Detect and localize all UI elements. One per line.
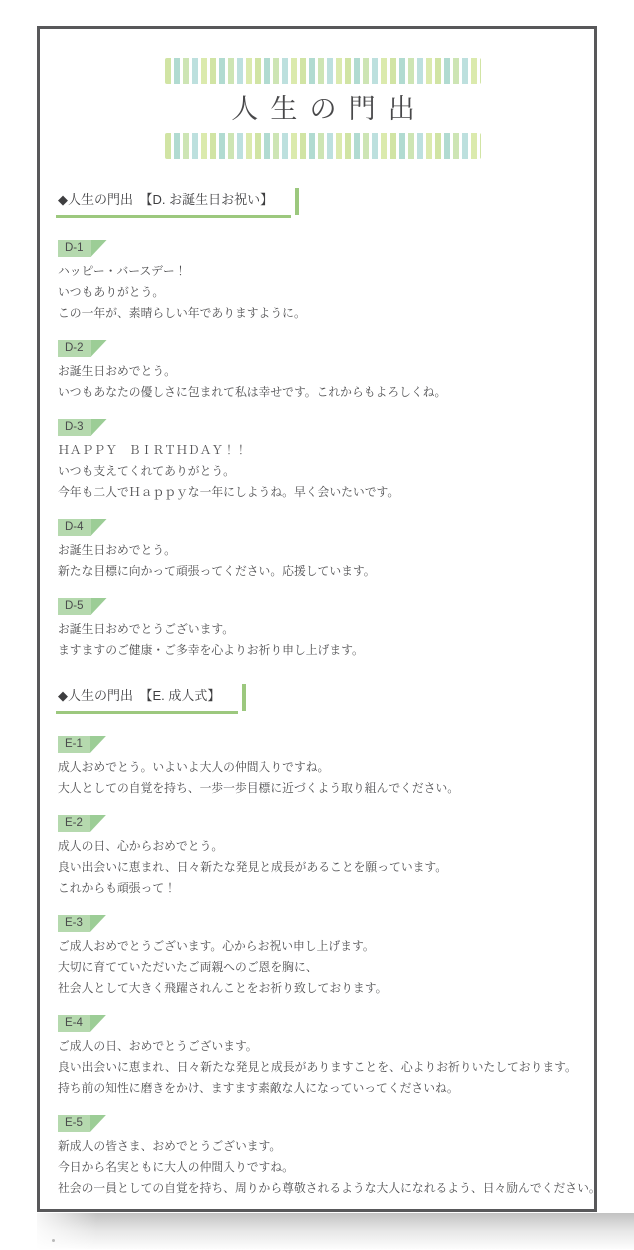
message-item-D-4: D-4お誕生日おめでとう。新たな目標に向かって頑張ってください。応援しています。	[56, 517, 590, 582]
message-line: 大人としての自覚を持ち、一歩一歩目標に近づくよう取り組んでください。	[58, 778, 590, 799]
message-text: ご成人おめでとうございます。心からお祝い申し上げます。大切に育てていただいたご両…	[58, 936, 590, 999]
message-line: ＨＡＰＰＹ ＢＩＲＴＨＤＡＹ！！	[58, 440, 590, 461]
section-heading-E: ◆人生の門出 【E. 成人式】	[56, 687, 238, 714]
item-tag-ribbon: D-5	[58, 598, 91, 615]
message-line: 今日から名実ともに大人の仲間入りですね。	[58, 1157, 590, 1178]
message-line: いつもありがとう。	[58, 282, 590, 303]
message-text: ＨＡＰＰＹ ＢＩＲＴＨＤＡＹ！！いつも支えてくれてありがとう。今年も二人でＨａｐ…	[58, 440, 590, 503]
message-item-E-5: E-5新成人の皆さま、おめでとうございます。今日から名実ともに大人の仲間入りです…	[56, 1113, 590, 1199]
message-line: 社会の一員としての自覚を持ち、周りから尊敬されるような大人になれるよう、日々励ん…	[58, 1178, 590, 1199]
message-line: いつもあなたの優しさに包まれて私は幸せです。これからもよろしくね。	[58, 382, 590, 403]
message-line: お誕生日おめでとう。	[58, 540, 590, 561]
message-text: お誕生日おめでとうございます。ますますのご健康・ご多幸を心よりお祈り申し上げます…	[58, 619, 590, 661]
message-line: 社会人として大きく飛躍されんことをお祈り致しております。	[58, 978, 590, 999]
message-line: 成人の日、心からおめでとう。	[58, 836, 590, 857]
message-line: 大切に育てていただいたご両親へのご恩を胸に、	[58, 957, 590, 978]
message-line: 良い出会いに恵まれ、日々新たな発見と成長があることを願っています。	[58, 857, 590, 878]
message-text: ハッピー・バースデー！いつもありがとう。この一年が、素晴らしい年でありますように…	[58, 261, 590, 324]
message-text: 成人の日、心からおめでとう。良い出会いに恵まれ、日々新たな発見と成長があることを…	[58, 836, 590, 899]
document-canvas: 人生の門出 ◆人生の門出 【D. お誕生日お祝い】D-1ハッピー・バースデー！い…	[0, 0, 634, 1250]
message-item-E-2: E-2成人の日、心からおめでとう。良い出会いに恵まれ、日々新たな発見と成長がある…	[56, 813, 590, 899]
message-item-E-1: E-1成人おめでとう。いよいよ大人の仲間入りですね。大人としての自覚を持ち、一歩…	[56, 734, 590, 799]
message-item-E-3: E-3ご成人おめでとうございます。心からお祝い申し上げます。大切に育てていただい…	[56, 913, 590, 999]
scan-dot-artifact	[52, 1239, 55, 1242]
message-text: 新成人の皆さま、おめでとうございます。今日から名実ともに大人の仲間入りですね。社…	[58, 1136, 590, 1199]
message-line: 持ち前の知性に磨きをかけ、ますます素敵な人になっていってくださいね。	[58, 1078, 590, 1099]
page-title: 人生の門出	[56, 92, 590, 126]
watercolor-banner-top	[165, 58, 481, 84]
message-line: お誕生日おめでとう。	[58, 361, 590, 382]
document-page: 人生の門出 ◆人生の門出 【D. お誕生日お祝い】D-1ハッピー・バースデー！い…	[37, 26, 597, 1212]
message-line: 今年も二人でＨａｐｐｙな一年にしようね。早く会いたいです。	[58, 482, 590, 503]
message-text: お誕生日おめでとう。新たな目標に向かって頑張ってください。応援しています。	[58, 540, 590, 582]
message-line: 成人おめでとう。いよいよ大人の仲間入りですね。	[58, 757, 590, 778]
section-heading-D: ◆人生の門出 【D. お誕生日お祝い】	[56, 191, 291, 218]
message-line: ご成人おめでとうございます。心からお祝い申し上げます。	[58, 936, 590, 957]
message-line: ハッピー・バースデー！	[58, 261, 590, 282]
message-item-D-5: D-5お誕生日おめでとうございます。ますますのご健康・ご多幸を心よりお祈り申し上…	[56, 596, 590, 661]
message-text: ご成人の日、おめでとうございます。良い出会いに恵まれ、日々新たな発見と成長があり…	[58, 1036, 590, 1099]
message-item-D-2: D-2お誕生日おめでとう。いつもあなたの優しさに包まれて私は幸せです。これからも…	[56, 338, 590, 403]
watercolor-banner-bottom	[165, 133, 481, 159]
sections-container: ◆人生の門出 【D. お誕生日お祝い】D-1ハッピー・バースデー！いつもありがと…	[56, 191, 590, 1199]
item-tag-ribbon: D-2	[58, 340, 91, 357]
item-tag-ribbon: E-1	[58, 736, 90, 753]
message-line: 新成人の皆さま、おめでとうございます。	[58, 1136, 590, 1157]
message-item-D-3: D-3ＨＡＰＰＹ ＢＩＲＴＨＤＡＹ！！いつも支えてくれてありがとう。今年も二人で…	[56, 417, 590, 503]
item-tag-ribbon: E-2	[58, 815, 90, 832]
message-line: この一年が、素晴らしい年でありますように。	[58, 303, 590, 324]
message-text: お誕生日おめでとう。いつもあなたの優しさに包まれて私は幸せです。これからもよろし…	[58, 361, 590, 403]
message-line: ご成人の日、おめでとうございます。	[58, 1036, 590, 1057]
item-tag-ribbon: D-4	[58, 519, 91, 536]
message-line: いつも支えてくれてありがとう。	[58, 461, 590, 482]
item-tag-ribbon: E-4	[58, 1015, 90, 1032]
page-shadow	[37, 1213, 634, 1249]
message-line: これからも頑張って！	[58, 878, 590, 899]
item-tag-ribbon: D-1	[58, 240, 91, 257]
section-E: ◆人生の門出 【E. 成人式】E-1成人おめでとう。いよいよ大人の仲間入りですね…	[56, 687, 590, 1199]
item-tag-ribbon: E-5	[58, 1115, 90, 1132]
item-tag-ribbon: E-3	[58, 915, 90, 932]
message-line: お誕生日おめでとうございます。	[58, 619, 590, 640]
item-tag-ribbon: D-3	[58, 419, 91, 436]
section-D: ◆人生の門出 【D. お誕生日お祝い】D-1ハッピー・バースデー！いつもありがと…	[56, 191, 590, 661]
message-line: 良い出会いに恵まれ、日々新たな発見と成長がありますことを、心よりお祈りいたしてお…	[58, 1057, 590, 1078]
message-line: 新たな目標に向かって頑張ってください。応援しています。	[58, 561, 590, 582]
message-item-D-1: D-1ハッピー・バースデー！いつもありがとう。この一年が、素晴らしい年であります…	[56, 238, 590, 324]
message-item-E-4: E-4ご成人の日、おめでとうございます。良い出会いに恵まれ、日々新たな発見と成長…	[56, 1013, 590, 1099]
message-line: ますますのご健康・ご多幸を心よりお祈り申し上げます。	[58, 640, 590, 661]
message-text: 成人おめでとう。いよいよ大人の仲間入りですね。大人としての自覚を持ち、一歩一歩目…	[58, 757, 590, 799]
